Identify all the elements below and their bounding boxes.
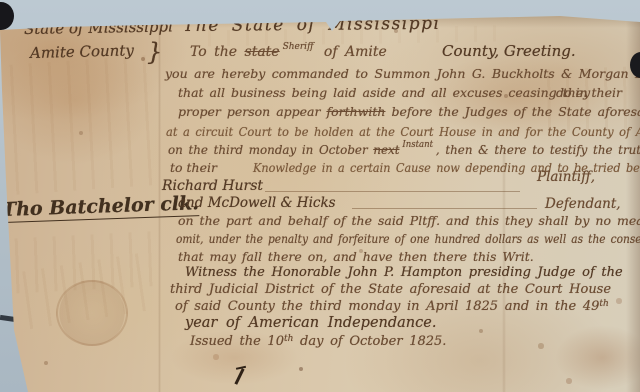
defendant-label-text: Defendant,: [545, 196, 621, 212]
plaintiff-name-text: Richard Hurst: [162, 178, 263, 194]
body-line-penalty: omit, under the penalty and forfeiture o…: [176, 231, 640, 246]
appear-struck-word: forthwith: [326, 104, 385, 119]
docket-county-text: Amite County: [30, 41, 134, 62]
monday-post: , then & there to testify the truth acco…: [436, 142, 640, 157]
body-line-independence: year of American Independance.: [185, 315, 436, 331]
behalf-text: on the part and behalf of the said Pltff…: [178, 213, 640, 228]
body-line-court: at a circuit Court to be holden at the C…: [166, 124, 640, 139]
plaintiff-label: Plaintiff,: [537, 169, 595, 185]
greeting-text: County, Greeting.: [442, 42, 576, 60]
plaintiff-label-text: Plaintiff,: [537, 169, 595, 185]
writ-text: that may fall there on, and have then th…: [178, 249, 534, 264]
document-paper: State of Mississippi Amite County } Tho …: [0, 0, 640, 392]
blank-rule-defendant: [352, 206, 537, 209]
business-text: that all business being laid aside and a…: [178, 85, 590, 100]
stain-blob: [555, 325, 640, 390]
defendant-name-line: and McDowell & Hicks: [178, 195, 336, 211]
stray-ink-mark: [234, 368, 244, 385]
docket-county-line: Amite County: [30, 41, 134, 62]
body-line-business-end: do in their: [556, 85, 622, 100]
business-end-text: do in their: [556, 85, 622, 100]
body-line-district: third Judicial District of the State afo…: [170, 282, 611, 297]
document-title: The State of Mississippi: [183, 14, 441, 36]
monday-pre: on the third monday in October: [168, 142, 368, 157]
body-line-witness: Witness the Honorable John P. Hampton pr…: [185, 265, 623, 280]
court-text: at a circuit Court to be holden at the C…: [166, 124, 640, 139]
monday-struck-word: next: [373, 142, 399, 157]
independence-text: year of American Independance.: [185, 315, 436, 331]
salutation-mid: of Amite: [324, 44, 387, 60]
body-line-issued: Issued the 10th day of October 1825.: [190, 334, 446, 349]
body-line-summon: you are hereby commanded to Summon John …: [165, 66, 640, 81]
clerk-signature: Tho Batchelor clk.: [2, 192, 200, 221]
issued-ordinal: th: [284, 334, 293, 344]
body-line-county2: of said County the third monday in April…: [175, 299, 609, 314]
embossed-seal-stain: [56, 280, 128, 346]
county2-text: of said County the third monday in April…: [175, 299, 599, 314]
appear-pre: proper person appear: [178, 104, 320, 119]
defendant-name-text: McDowell & Hicks: [208, 195, 336, 211]
body-line-writ: that may fall there on, and have then th…: [178, 249, 534, 264]
body-line-knowledge-a: to their: [170, 160, 217, 175]
clerk-signature-text: Tho Batchelor clk.: [2, 192, 200, 223]
clip-object-top-left: [0, 2, 14, 30]
docket-state-text: State of Mississippi: [24, 17, 173, 38]
issued-pre-text: Issued the 10: [190, 334, 284, 349]
ink-bleedthrough: [2, 55, 161, 195]
greeting-words: County, Greeting.: [442, 42, 576, 60]
docket-brace-glyph: }: [147, 38, 162, 66]
county2-ordinal: th: [599, 299, 608, 309]
body-line-monday: on the third monday in October nextInsta…: [168, 142, 640, 157]
monday-inserted-word: Instant: [402, 140, 433, 150]
appear-post: before the Judges of the State aforesaid: [391, 104, 640, 119]
issued-post-text: day of October 1825.: [293, 334, 446, 349]
body-line-appear: proper person appear forthwith before th…: [178, 104, 640, 119]
document-title-text: The State of Mississippi: [183, 14, 441, 36]
penalty-text: omit, under the penalty and forfeiture o…: [176, 231, 640, 246]
knowledge-a-text: to their: [170, 160, 217, 175]
salutation-line: To the stateSheriff of Amite: [190, 44, 387, 60]
witness-text: Witness the Honorable John P. Hampton pr…: [185, 265, 623, 280]
plaintiff-name: Richard Hurst: [162, 178, 263, 194]
salutation-struck-word: state: [245, 44, 280, 60]
salutation-inserted-word: Sheriff: [283, 42, 314, 52]
body-line-behalf: on the part and behalf of the said Pltff…: [178, 213, 640, 228]
blank-rule-plaintiff: [265, 189, 520, 192]
defendant-label: Defendant,: [545, 196, 621, 212]
docket-state-line: State of Mississippi: [24, 17, 173, 38]
defendant-pre-text: and: [178, 195, 203, 211]
salutation-pre: To the: [190, 44, 237, 60]
district-text: third Judicial District of the State afo…: [170, 282, 611, 297]
body-line-business: that all business being laid aside and a…: [178, 85, 590, 100]
document-photo: State of Mississippi Amite County } Tho …: [0, 0, 640, 392]
docket-brace: }: [147, 38, 162, 66]
summon-text: you are hereby commanded to Summon John …: [165, 66, 640, 81]
